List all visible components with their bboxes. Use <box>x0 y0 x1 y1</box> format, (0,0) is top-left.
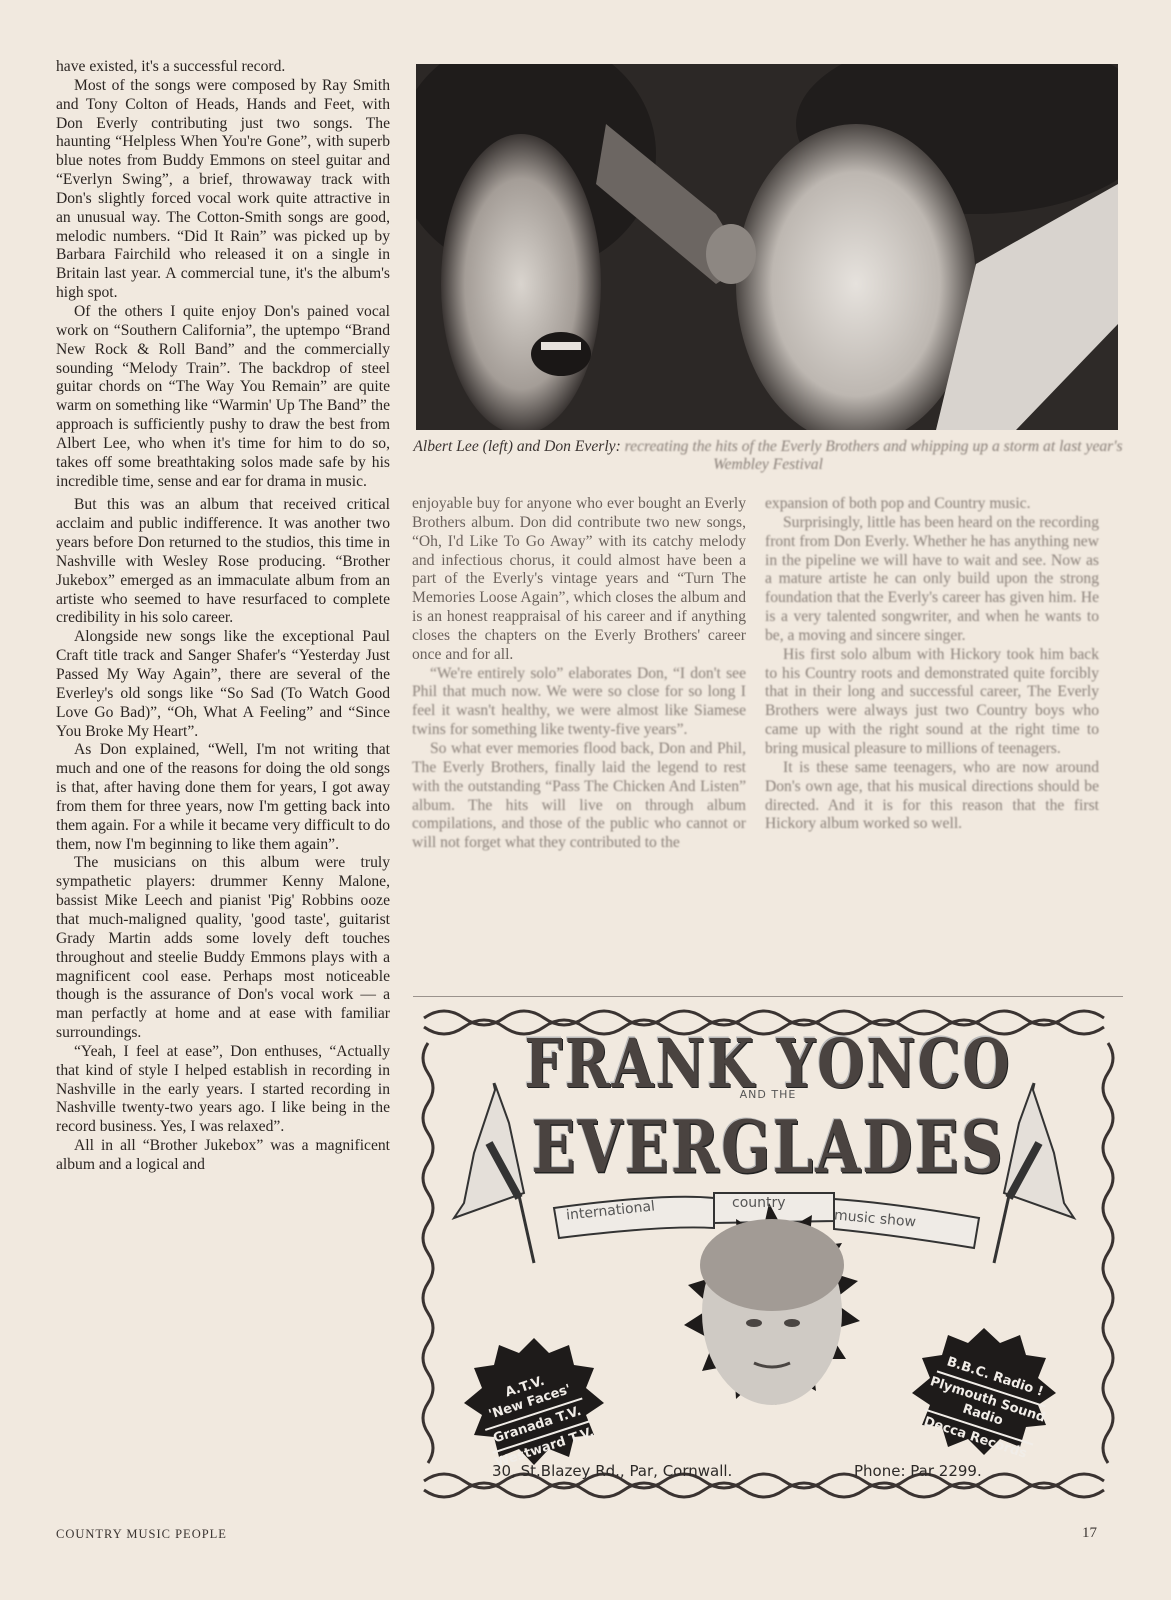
paragraph: “Yeah, I feel at ease”, Don enthuses, “A… <box>56 1043 390 1137</box>
paragraph: It is these same teenagers, who are now … <box>765 759 1099 834</box>
photo-caption: Albert Lee (left) and Don Everly: recrea… <box>412 438 1124 474</box>
paragraph: So what ever memories flood back, Don an… <box>412 740 746 853</box>
paragraph: All in all “Brother Jukebox” was a magni… <box>56 1137 390 1175</box>
paragraph: Of the others I quite enjoy Don's pained… <box>56 303 390 491</box>
banner-text: country <box>732 1195 786 1211</box>
paragraph: enjoyable buy for anyone who ever bought… <box>412 495 746 665</box>
paragraph: As Don explained, “Well, I'm not writing… <box>56 741 390 854</box>
photo-image <box>416 64 1118 430</box>
paragraph: Most of the songs were composed by Ray S… <box>56 77 390 303</box>
paragraph: Alongside new songs like the exceptional… <box>56 628 390 741</box>
paragraph: The musicians on this album were truly s… <box>56 854 390 1042</box>
paragraph: have existed, it's a successful record. <box>56 58 390 77</box>
page-number: 17 <box>1082 1525 1097 1542</box>
article-column-1: have existed, it's a successful record. … <box>56 58 390 1175</box>
caption-subjects: Albert Lee (left) and Don Everly: <box>413 438 624 455</box>
section-divider <box>413 996 1123 997</box>
advertisement: FRANK YONCO AND THE EVERGLADES internati… <box>414 1003 1122 1499</box>
publication-name: COUNTRY MUSIC PEOPLE <box>56 1527 227 1542</box>
paragraph: But this was an album that received crit… <box>56 496 390 628</box>
and-the-label: AND THE <box>414 1088 1122 1101</box>
concert-photo <box>416 64 1118 430</box>
ad-address: 30, St.Blazey Rd., Par, Cornwall. <box>492 1462 732 1480</box>
paragraph: His first solo album with Hickory took h… <box>765 646 1099 759</box>
ad-phone: Phone: Par 2299. <box>854 1462 982 1480</box>
paragraph: Surprisingly, little has been heard on t… <box>765 514 1099 646</box>
article-column-3: expansion of both pop and Country music.… <box>765 495 1099 834</box>
caption-description: recreating the hits of the Everly Brothe… <box>625 438 1123 473</box>
paragraph: “We're entirely solo” elaborates Don, “I… <box>412 665 746 740</box>
article-column-2: enjoyable buy for anyone who ever bought… <box>412 495 746 853</box>
band-name: EVERGLADES <box>414 1105 1122 1190</box>
paragraph: expansion of both pop and Country music. <box>765 495 1099 514</box>
